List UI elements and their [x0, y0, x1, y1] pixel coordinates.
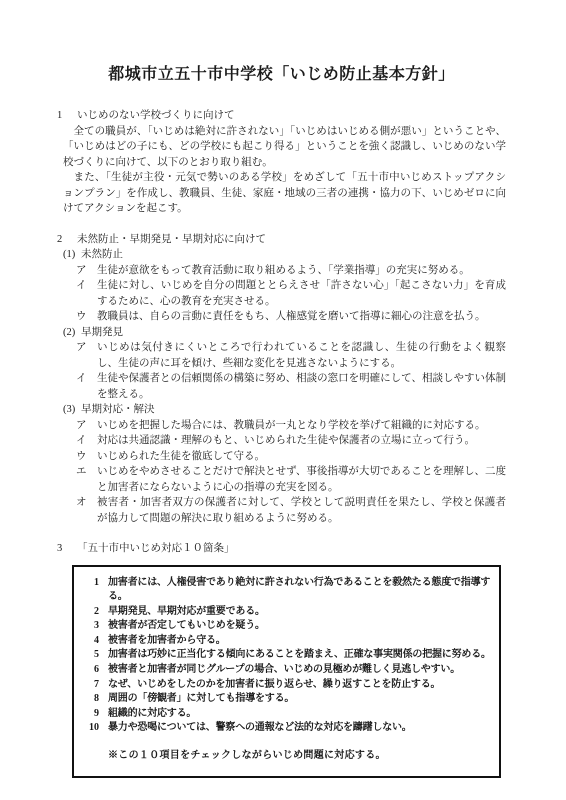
- rule-text: 周囲の「傍観者」に対しても指導をする。: [108, 692, 493, 707]
- section-1-paragraph-2: また、「生徒が主役・元気で勢いのある学校」をめざして「五十市中いじめストップアク…: [63, 170, 506, 217]
- rule-row: 7 なぜ、いじめをしたのかを加害者に振り返らせ、繰り返すことを防止する。: [84, 678, 493, 693]
- section-3: 3 「五十市中いじめ対応１０箇条」 1 加害者には、人権侵害であり絶対に許されな…: [57, 541, 506, 778]
- rule-text: 被害者が否定してもいじめを疑う。: [108, 619, 493, 634]
- item-label: ウ: [76, 309, 97, 325]
- subsection-1-label: (1): [63, 247, 81, 263]
- rule-number: 9: [84, 707, 99, 722]
- rule-text: 加害者は巧妙に正当化する傾向にあることを踏まえ、正確な事実関係の把握に努める。: [108, 648, 493, 663]
- section-3-heading: 3 「五十市中いじめ対応１０箇条」: [57, 541, 506, 557]
- rule-row: 8 周囲の「傍観者」に対しても指導をする。: [84, 692, 493, 707]
- item-text: いじめを把握した場合には、教職員が一丸となり学校を挙げて組織的に対応する。: [97, 418, 506, 434]
- item-label: ア: [76, 340, 97, 371]
- list-item: エ いじめをやめさせることだけで解決とせず、事後指導が大切であることを理解し、二…: [76, 464, 506, 495]
- document-title: 都城市立五十市中学校「いじめ防止基本方針」: [57, 64, 506, 86]
- item-text: 対応は共通認識・理解のもと、いじめられた生徒や保護者の立場に立って行う。: [97, 433, 506, 449]
- rule-number: 4: [84, 634, 99, 649]
- subsection-2-heading: (2) 早期発見: [63, 325, 506, 341]
- document-page: 都城市立五十市中学校「いじめ防止基本方針」 1 いじめのない学校づくりに向けて …: [0, 0, 566, 800]
- rule-row: 4 被害者を加害者から守る。: [84, 634, 493, 649]
- subsection-3-heading: (3) 早期対応・解決: [63, 402, 506, 418]
- rule-row: 3 被害者が否定してもいじめを疑う。: [84, 619, 493, 634]
- list-item: ア いじめを把握した場合には、教職員が一丸となり学校を挙げて組織的に対応する。: [76, 418, 506, 434]
- section-2-heading: 2 未然防止・早期発見・早期対応に向けて: [57, 232, 506, 248]
- item-label: イ: [76, 278, 97, 309]
- rule-number: 3: [84, 619, 99, 634]
- rule-text: 被害者を加害者から守る。: [108, 634, 493, 649]
- item-text: いじめをやめさせることだけで解決とせず、事後指導が大切であることを理解し、二度と…: [97, 464, 506, 495]
- rule-row: 6 被害者と加害者が同じグループの場合、いじめの見極めが難しく見逃しやすい。: [84, 663, 493, 678]
- rule-row: 2 早期発見、早期対応が重要である。: [84, 605, 493, 620]
- rule-number: 1: [84, 576, 99, 605]
- rule-row: 10 暴力や恐喝については、警察への通報など法的な対応を躊躇しない。: [84, 721, 493, 736]
- subsection-1-heading: (1) 未然防止: [63, 247, 506, 263]
- item-label: エ: [76, 464, 97, 495]
- item-text: いじめは気付きにくいところで行われていることを認識し、生徒の行動をよく観察し、生…: [97, 340, 506, 371]
- section-1-number: 1: [57, 108, 77, 124]
- subsection-2-title: 早期発見: [81, 325, 123, 341]
- subsection-3-title: 早期対応・解決: [81, 402, 155, 418]
- subsection-2-early-detection: (2) 早期発見 ア いじめは気付きにくいところで行われていることを認識し、生徒…: [63, 325, 506, 403]
- rule-text: 暴力や恐喝については、警察への通報など法的な対応を躊躇しない。: [108, 721, 493, 736]
- rule-number: 8: [84, 692, 99, 707]
- subsection-1-prevention: (1) 未然防止 ア 生徒が意欲をもって教育活動に取り組めるよう、「学業指導」の…: [63, 247, 506, 325]
- rule-number: 7: [84, 678, 99, 693]
- ten-rules-box: 1 加害者には、人権侵害であり絶対に許されない行為であることを毅然たる態度で指導…: [72, 565, 501, 778]
- subsection-2-label: (2): [63, 325, 81, 341]
- rule-text: なぜ、いじめをしたのかを加害者に振り返らせ、繰り返すことを防止する。: [108, 678, 493, 693]
- item-label: ウ: [76, 449, 97, 465]
- section-1-title: いじめのない学校づくりに向けて: [77, 108, 506, 124]
- list-item: ア 生徒が意欲をもって教育活動に取り組めるよう、「学業指導」の充実に努める。: [76, 263, 506, 279]
- rule-number: 2: [84, 605, 99, 620]
- list-item: イ 生徒や保護者との信頼関係の構築に努め、相談の窓口を明確にして、相談しやすい体…: [76, 371, 506, 402]
- rules-checklist-note: ※この１０項目をチェックしながらいじめ問題に対応する。: [108, 749, 493, 764]
- section-2-title: 未然防止・早期発見・早期対応に向けて: [77, 232, 506, 248]
- item-text: 生徒や保護者との信頼関係の構築に努め、相談の窓口を明確にして、相談しやすい体制を…: [97, 371, 506, 402]
- subsection-1-title: 未然防止: [81, 247, 123, 263]
- rule-text: 被害者と加害者が同じグループの場合、いじめの見極めが難しく見逃しやすい。: [108, 663, 493, 678]
- rule-number: 10: [84, 721, 99, 736]
- list-item: ウ いじめられた生徒を徹底して守る。: [76, 449, 506, 465]
- rule-row: 5 加害者は巧妙に正当化する傾向にあることを踏まえ、正確な事実関係の把握に努める…: [84, 648, 493, 663]
- list-item: ア いじめは気付きにくいところで行われていることを認識し、生徒の行動をよく観察し…: [76, 340, 506, 371]
- rule-text: 組織的に対応する。: [108, 707, 493, 722]
- rule-text: 加害者には、人権侵害であり絶対に許されない行為であることを毅然たる態度で指導する…: [108, 576, 493, 605]
- rule-row: 9 組織的に対応する。: [84, 707, 493, 722]
- subsection-3-label: (3): [63, 402, 81, 418]
- section-1-heading: 1 いじめのない学校づくりに向けて: [57, 108, 506, 124]
- rule-number: 5: [84, 648, 99, 663]
- subsection-3-early-response: (3) 早期対応・解決 ア いじめを把握した場合には、教職員が一丸となり学校を挙…: [63, 402, 506, 526]
- rule-number: 6: [84, 663, 99, 678]
- list-item: オ 被害者・加害者双方の保護者に対して、学校として説明責任を果たし、学校と保護者…: [76, 495, 506, 526]
- item-label: ア: [76, 263, 97, 279]
- item-text: いじめられた生徒を徹底して守る。: [97, 449, 506, 465]
- section-3-title: 「五十市中いじめ対応１０箇条」: [77, 541, 506, 557]
- item-label: ア: [76, 418, 97, 434]
- section-1-paragraph-1: 全ての職員が、「いじめは絶対に許されない」「いじめはいじめる側が悪い」ということ…: [63, 124, 506, 171]
- list-item: イ 生徒に対し、いじめを自分の問題ととらえさせ「許さない心」「起こさない力」を育…: [76, 278, 506, 309]
- section-2: 2 未然防止・早期発見・早期対応に向けて (1) 未然防止 ア 生徒が意欲をもっ…: [57, 232, 506, 527]
- rule-text: 早期発見、早期対応が重要である。: [108, 605, 493, 620]
- list-item: イ 対応は共通認識・理解のもと、いじめられた生徒や保護者の立場に立って行う。: [76, 433, 506, 449]
- list-item: ウ 教職員は、自らの言動に責任をもち、人権感覚を磨いて指導に細心の注意を払う。: [76, 309, 506, 325]
- item-text: 生徒に対し、いじめを自分の問題ととらえさせ「許さない心」「起こさない力」を育成す…: [97, 278, 506, 309]
- rule-row: 1 加害者には、人権侵害であり絶対に許されない行為であることを毅然たる態度で指導…: [84, 576, 493, 605]
- item-label: イ: [76, 371, 97, 402]
- section-1: 1 いじめのない学校づくりに向けて 全ての職員が、「いじめは絶対に許されない」「…: [57, 108, 506, 217]
- section-2-number: 2: [57, 232, 77, 248]
- section-3-number: 3: [57, 541, 77, 557]
- item-label: オ: [76, 495, 97, 526]
- item-text: 生徒が意欲をもって教育活動に取り組めるよう、「学業指導」の充実に努める。: [97, 263, 506, 279]
- item-text: 教職員は、自らの言動に責任をもち、人権感覚を磨いて指導に細心の注意を払う。: [97, 309, 506, 325]
- item-label: イ: [76, 433, 97, 449]
- item-text: 被害者・加害者双方の保護者に対して、学校として説明責任を果たし、学校と保護者が協…: [97, 495, 506, 526]
